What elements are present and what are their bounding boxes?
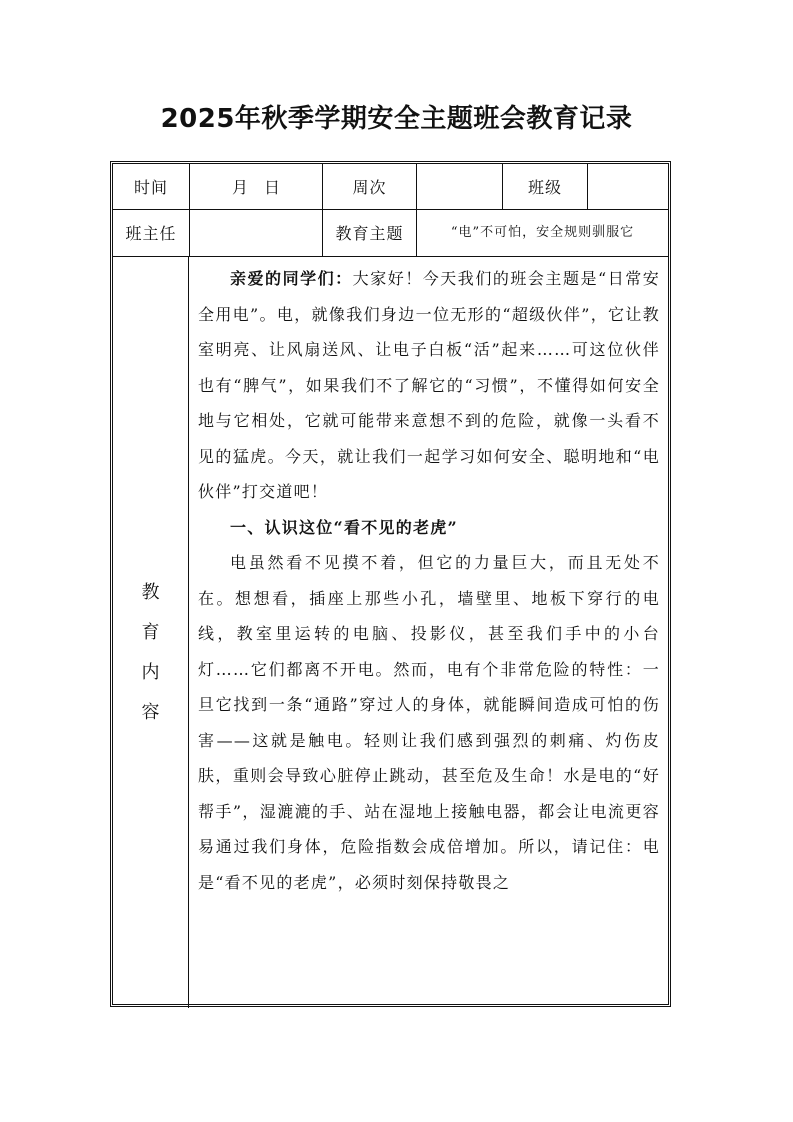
teacher-value[interactable] (190, 210, 323, 257)
intro-text: 大家好！今天我们的班会主题是“日常安全用电”。电，就像我们身边一位无形的“超级伙… (198, 269, 660, 501)
education-content-body[interactable]: 亲爱的同学们：大家好！今天我们的班会主题是“日常安全用电”。电，就像我们身边一位… (190, 257, 668, 1008)
label-char: 内 (142, 653, 160, 693)
greeting: 亲爱的同学们： (230, 269, 353, 288)
class-value[interactable] (588, 164, 668, 210)
week-label: 周次 (323, 164, 417, 210)
time-value[interactable]: 月 日 (190, 164, 323, 210)
body-paragraph: 电虽然看不见摸不着，但它的力量巨大，而且无处不在。想想看，插座上那些小孔，墙壁里… (198, 545, 660, 900)
week-value[interactable] (417, 164, 503, 210)
label-char: 教 (142, 573, 160, 613)
label-char: 育 (142, 613, 160, 653)
document-title: 2025年秋季学期安全主题班会教育记录 (0, 98, 793, 135)
label-char: 容 (142, 693, 160, 733)
theme-label: 教育主题 (323, 210, 417, 257)
section-heading: 一、认识这位“看不见的老虎” (198, 510, 660, 546)
teacher-label: 班主任 (113, 210, 190, 257)
time-label: 时间 (113, 164, 190, 210)
theme-value[interactable]: “电”不可怕，安全规则驯服它 (417, 210, 668, 257)
education-content-label: 教 育 内 容 (113, 257, 189, 1008)
intro-paragraph: 亲爱的同学们：大家好！今天我们的班会主题是“日常安全用电”。电，就像我们身边一位… (198, 261, 660, 510)
record-table: 时间 月 日 周次 班级 班主任 教育主题 “电”不可怕，安全规则驯服它 教 育… (110, 161, 671, 1007)
class-label: 班级 (503, 164, 588, 210)
